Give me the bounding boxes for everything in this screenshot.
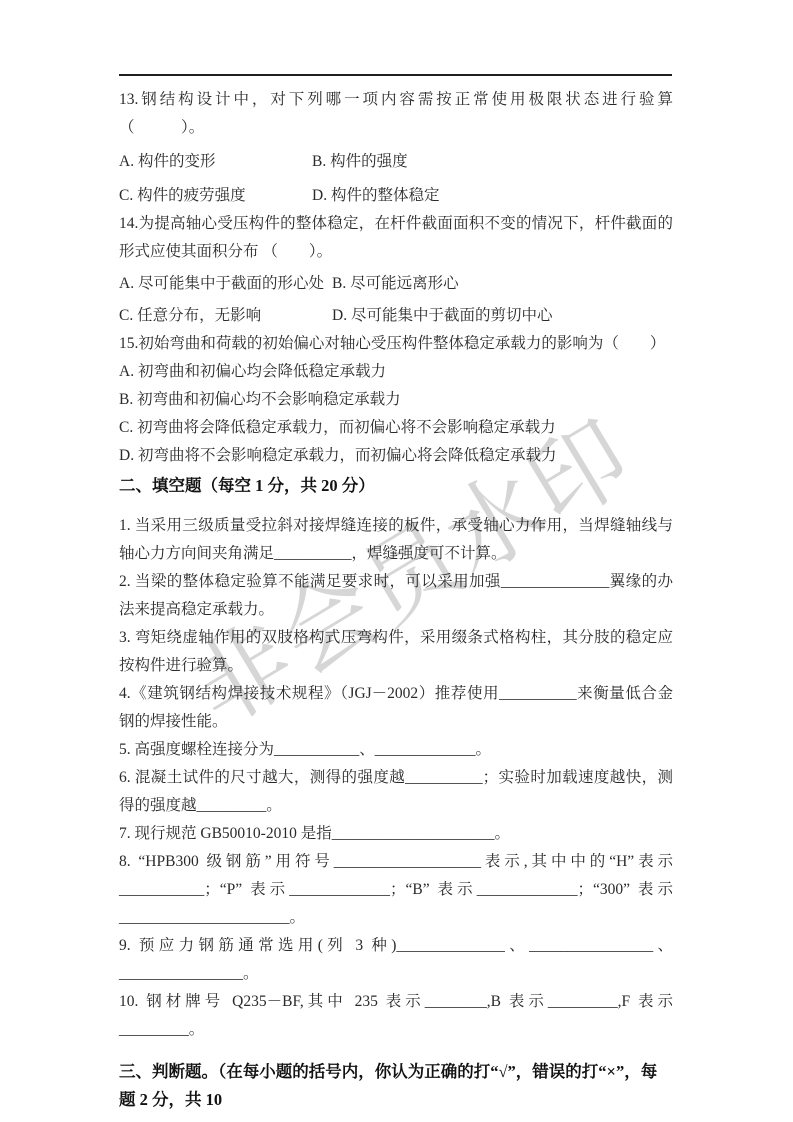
fill-question-2: 2. 当梁的整体稳定验算不能满足要求时，可以采用加强______________… [119,568,673,624]
fill-question-5: 5. 高强度螺栓连接分为___________、_____________。 [119,736,673,764]
question-14-option-row-1: A. 尽可能集中于截面的形心处 B. 尽可能远离形心 [119,270,673,298]
fill-question-9: 9. 预应力钢筋通常选用(列 3 种)______________、______… [119,932,673,988]
fill-question-7: 7. 现行规范 GB50010-2010 是指_________________… [119,820,673,848]
question-13-option-row-1: A. 构件的变形 B. 构件的强度 [119,148,673,176]
question-13-option-a: A. 构件的变形 [119,148,312,176]
question-14-option-b: B. 尽可能远离形心 [332,270,459,298]
fill-question-3: 3. 弯矩绕虚轴作用的双肢格构式压弯构件，采用缀条式格构柱，其分肢的稳定应按构件… [119,624,673,680]
question-14-option-a: A. 尽可能集中于截面的形心处 [119,270,332,298]
question-13-option-b: B. 构件的强度 [312,148,408,176]
fill-question-10: 10. 钢材牌号 Q235－BF,其中 235 表示________,B 表示_… [119,988,673,1044]
fill-question-4: 4.《建筑钢结构焊接技术规程》（JGJ－2002）推荐使用__________来… [119,680,673,736]
question-14-option-c: C. 任意分布，无影响 [119,302,332,330]
exam-paper-page: 非会员水印 13.钢结构设计中，对下列哪一项内容需按正常使用极限状态进行验算（ … [0,0,793,1122]
question-14-option-d: D. 尽可能集中于截面的剪切中心 [332,302,552,330]
question-15-text: 15.初始弯曲和荷载的初始偏心对轴心受压构件整体稳定承载力的影响为（ ） [119,330,673,358]
question-13-option-d: D. 构件的整体稳定 [312,182,439,210]
question-15-option-d: D. 初弯曲将不会影响稳定承载力，而初偏心将会降低稳定承载力 [119,442,673,470]
fill-question-1: 1. 当采用三级质量受拉斜对接焊缝连接的板件，承受轴心力作用，当焊缝轴线与轴心力… [119,512,673,568]
question-15-option-a: A. 初弯曲和初偏心均会降低稳定承载力 [119,358,673,386]
fill-section-heading: 二、填空题（每空 1 分，共 20 分） [119,472,673,500]
question-14-option-row-2: C. 任意分布，无影响 D. 尽可能集中于截面的剪切中心 [119,302,673,330]
question-15-option-b: B. 初弯曲和初偏心均不会影响稳定承载力 [119,386,673,414]
question-13-option-c: C. 构件的疲劳强度 [119,182,312,210]
fill-question-6: 6. 混凝土试件的尺寸越大，测得的强度越__________；实验时加载速度越快… [119,764,673,820]
fill-question-8: 8. “HPB300 级钢筋”用符号___________________表示,… [119,848,673,932]
page-content: 13.钢结构设计中，对下列哪一项内容需按正常使用极限状态进行验算（ ）。 A. … [119,86,673,1114]
judge-section-heading: 三、判断题。（在每小题的括号内，你认为正确的打“√”，错误的打“×”，每题 2 … [119,1058,673,1114]
question-13-text: 13.钢结构设计中，对下列哪一项内容需按正常使用极限状态进行验算（ ）。 [119,86,673,142]
question-15-option-c: C. 初弯曲将会降低稳定承载力，而初偏心将不会影响稳定承载力 [119,414,673,442]
question-13-option-row-2: C. 构件的疲劳强度 D. 构件的整体稳定 [119,182,673,210]
header-rule [119,74,672,76]
question-14-text: 14.为提高轴心受压构件的整体稳定，在杆件截面面积不变的情况下，杆件截面的形式应… [119,210,673,266]
